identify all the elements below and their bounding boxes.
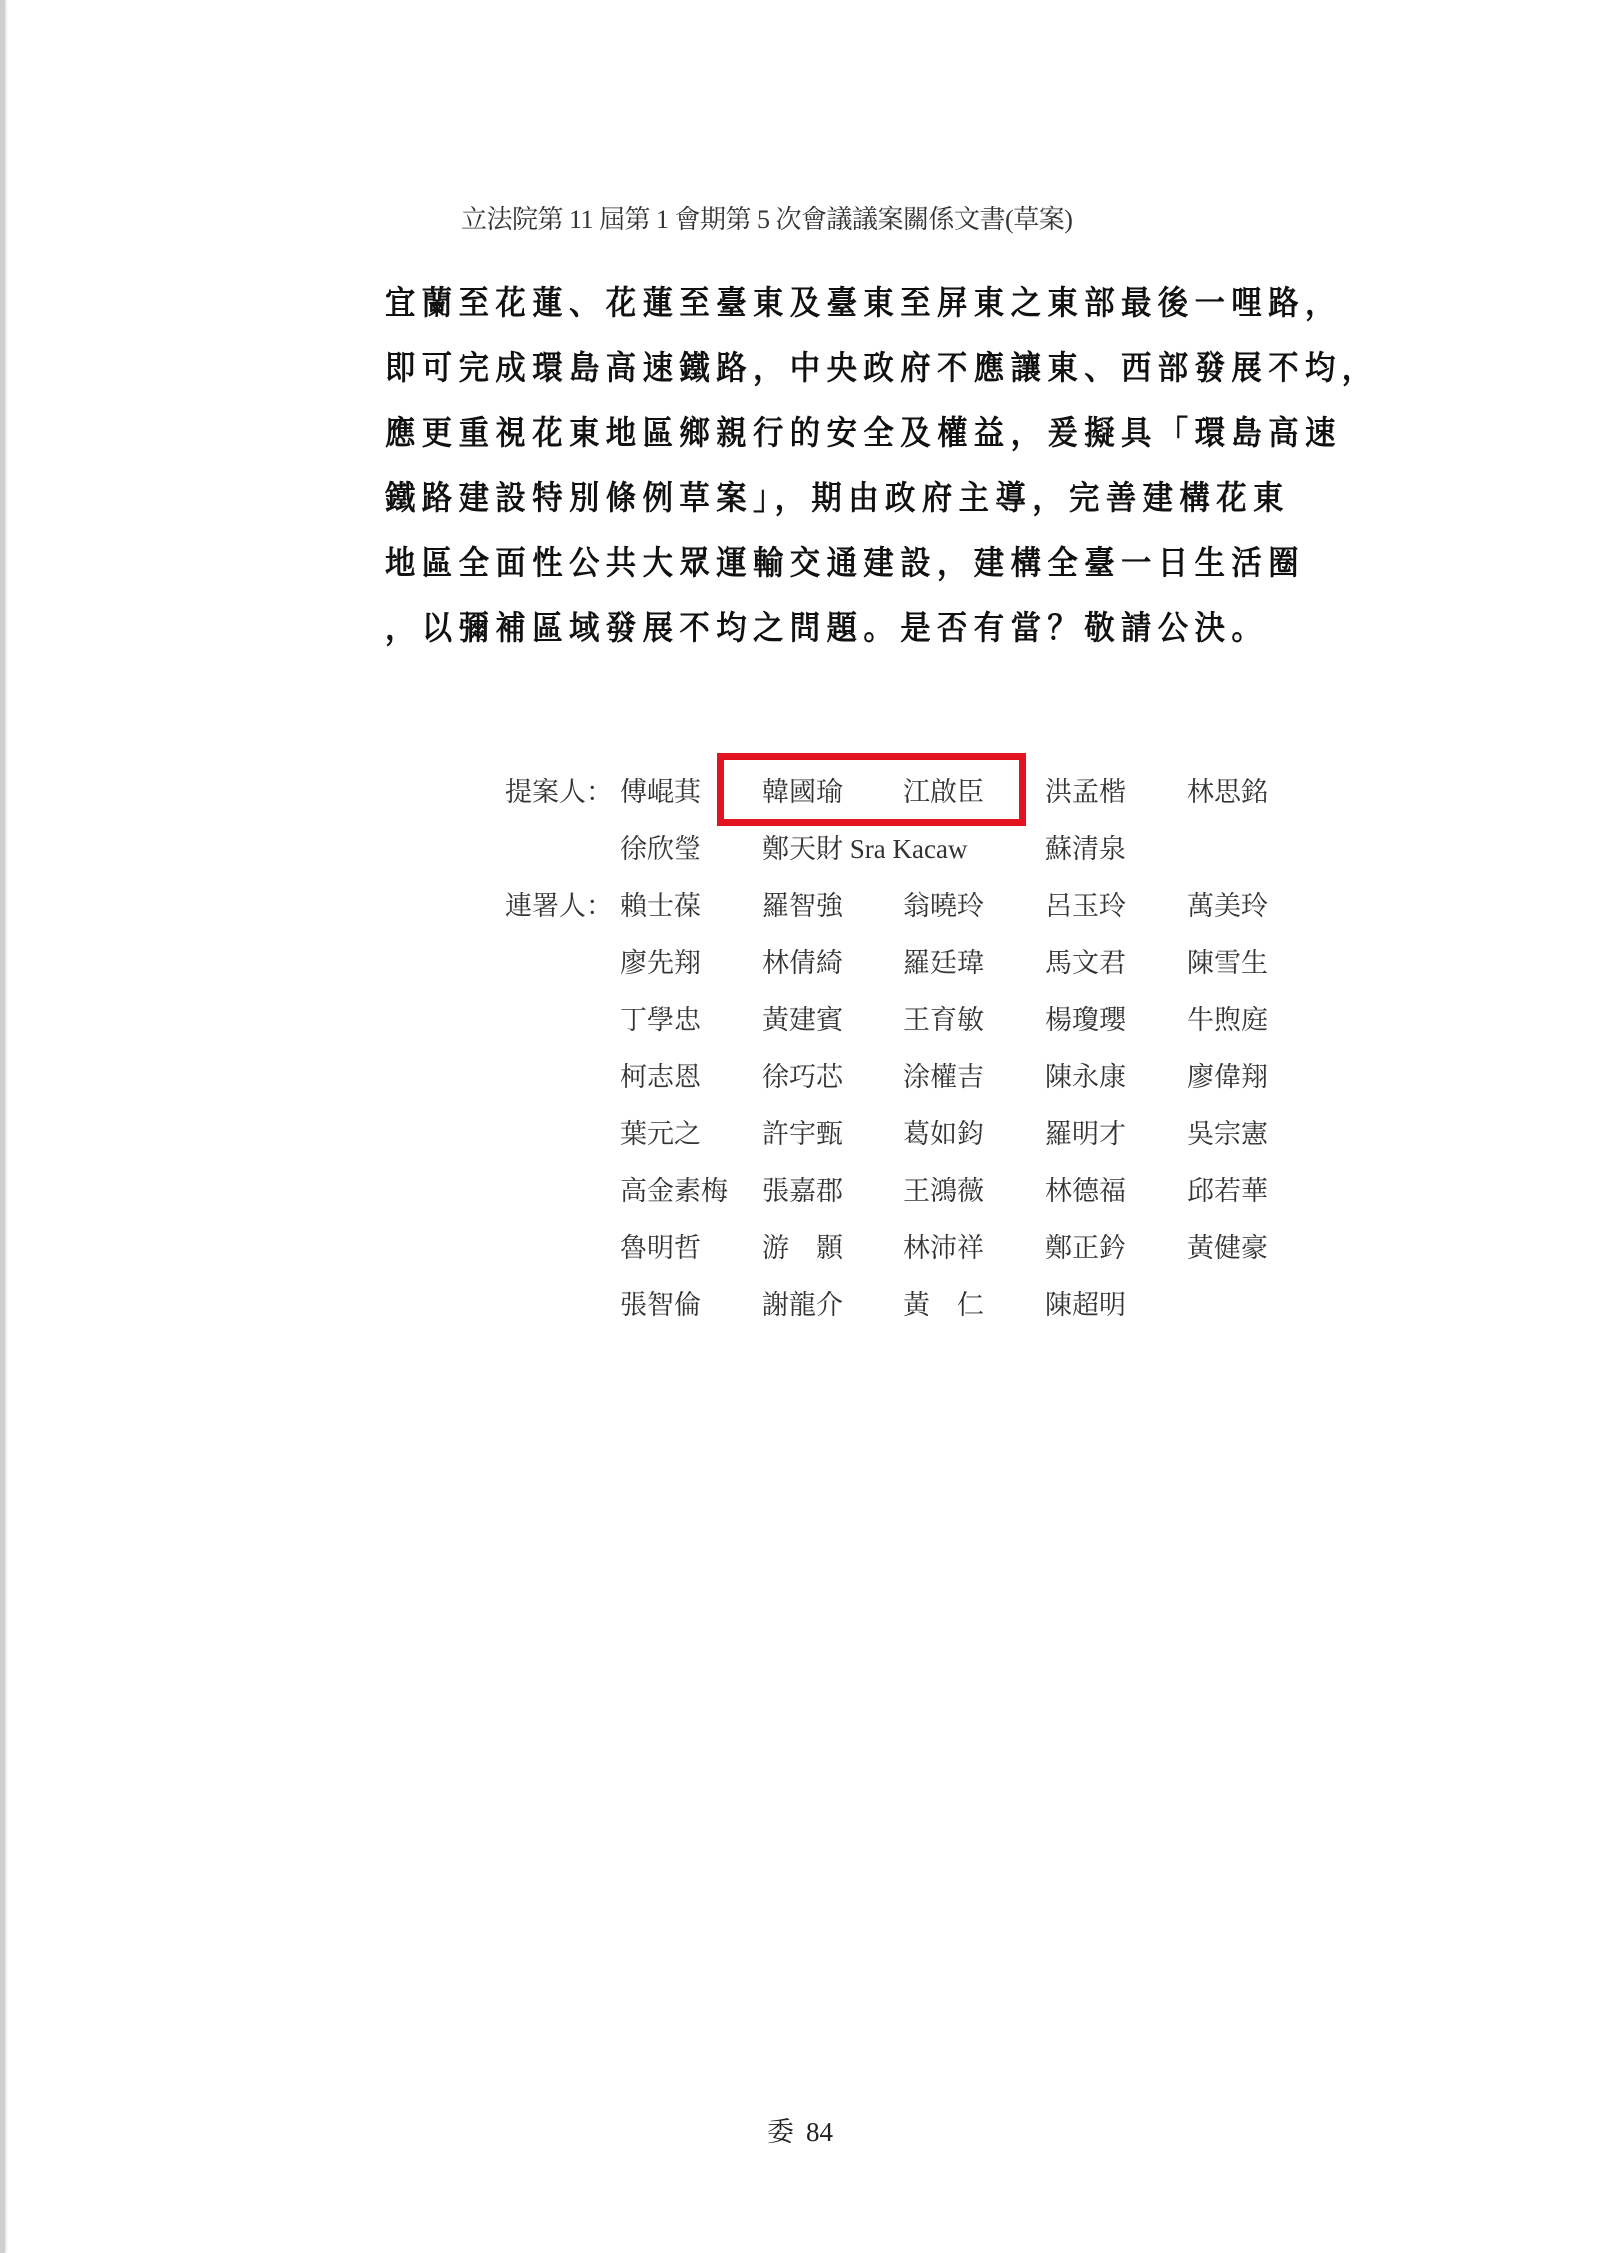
- cosigners-row: 高金素梅 張嘉郡 王鴻薇 林德福 邱若華: [505, 1163, 1265, 1220]
- signer-name: 林德福: [1045, 1163, 1126, 1220]
- proposers-row: 提案人： 傅崐萁 韓國瑜 江啟臣 洪孟楷 林思銘: [505, 764, 1265, 821]
- cosigners-row: 廖先翔 林倩綺 羅廷瑋 馬文君 陳雪生: [505, 935, 1265, 992]
- signer-name: 萬美玲: [1187, 878, 1268, 935]
- signer-name: 鄭正鈐: [1045, 1220, 1126, 1277]
- signer-name: 許宇甄: [762, 1106, 843, 1163]
- footer-prefix: 委: [767, 2117, 794, 2147]
- signer-name: 涂權吉: [903, 1049, 984, 1106]
- signer-name: 翁曉玲: [903, 878, 984, 935]
- cosigners-row: 連署人： 賴士葆 羅智強 翁曉玲 呂玉玲 萬美玲: [505, 878, 1265, 935]
- proposers-label: 提案人：: [505, 764, 620, 821]
- body-line: 即可完成環島高速鐵路，中央政府不應讓東、西部發展不均，: [385, 335, 1342, 400]
- signer-name: 馬文君: [1045, 935, 1126, 992]
- signer-name: 徐巧芯: [762, 1049, 843, 1106]
- signer-name: 林倩綺: [762, 935, 843, 992]
- signer-name: 陳雪生: [1187, 935, 1268, 992]
- signer-name: 黃 仁: [903, 1277, 984, 1334]
- body-line: 地區全面性公共大眾運輸交通建設，建構全臺一日生活圈: [385, 530, 1342, 595]
- page-footer: 委84: [0, 2114, 1600, 2150]
- cosigners-row: 葉元之 許宇甄 葛如鈞 羅明才 吳宗憲: [505, 1106, 1265, 1163]
- signer-name: 羅明才: [1045, 1106, 1126, 1163]
- signer-name: 徐欣瑩: [620, 821, 701, 878]
- signer-name: 羅智強: [762, 878, 843, 935]
- signer-name: 邱若華: [1187, 1163, 1268, 1220]
- body-line: 鐵路建設特別條例草案」，期由政府主導，完善建構花東: [385, 465, 1342, 530]
- signer-name: 林思銘: [1187, 764, 1268, 821]
- signer-name-highlighted: 江啟臣: [903, 764, 984, 821]
- signer-name: 吳宗憲: [1187, 1106, 1268, 1163]
- cosigners-row: 柯志恩 徐巧芯 涂權吉 陳永康 廖偉翔: [505, 1049, 1265, 1106]
- cosigners-label: 連署人：: [505, 878, 620, 935]
- signer-name: 廖先翔: [620, 935, 701, 992]
- cosigners-row: 魯明哲 游 顥 林沛祥 鄭正鈐 黃健豪: [505, 1220, 1265, 1277]
- viewer-left-edge: [0, 0, 5, 2253]
- cosigners-row: 丁學忠 黃建賓 王育敏 楊瓊瓔 牛煦庭: [505, 992, 1265, 1049]
- page-number: 84: [806, 2117, 833, 2147]
- signer-name: 廖偉翔: [1187, 1049, 1268, 1106]
- signer-name: 游 顥: [762, 1220, 843, 1277]
- signer-name: 張嘉郡: [762, 1163, 843, 1220]
- signer-name: 王育敏: [903, 992, 984, 1049]
- signer-name: 張智倫: [620, 1277, 701, 1334]
- body-line: 宜蘭至花蓮、花蓮至臺東及臺東至屏東之東部最後一哩路，: [385, 270, 1342, 335]
- signer-name: 楊瓊瓔: [1045, 992, 1126, 1049]
- signatories-list: 提案人： 傅崐萁 韓國瑜 江啟臣 洪孟楷 林思銘 徐欣瑩 鄭天財 Sra Kac…: [505, 764, 1265, 1334]
- signer-name: 丁學忠: [620, 992, 701, 1049]
- signer-name: 陳永康: [1045, 1049, 1126, 1106]
- signer-name: 王鴻薇: [903, 1163, 984, 1220]
- signer-name: 賴士葆: [620, 878, 701, 935]
- signer-name: 呂玉玲: [1045, 878, 1126, 935]
- signer-name-highlighted: 韓國瑜: [762, 764, 843, 821]
- signer-name: 高金素梅: [620, 1163, 728, 1220]
- proposers-row: 徐欣瑩 鄭天財 Sra Kacaw 蘇清泉: [505, 821, 1265, 878]
- cosigners-row: 張智倫 謝龍介 黃 仁 陳超明: [505, 1277, 1265, 1334]
- signer-name: 葛如鈞: [903, 1106, 984, 1163]
- signer-name: 陳超明: [1045, 1277, 1126, 1334]
- document-header: 立法院第 11 屆第 1 會期第 5 次會議議案關係文書(草案): [461, 203, 1151, 237]
- signer-name: 洪孟楷: [1045, 764, 1126, 821]
- body-line: 應更重視花東地區鄉親行的安全及權益，爰擬具「環島高速: [385, 400, 1342, 465]
- proposal-body: 宜蘭至花蓮、花蓮至臺東及臺東至屏東之東部最後一哩路， 即可完成環島高速鐵路，中央…: [385, 270, 1425, 660]
- signer-name: 林沛祥: [903, 1220, 984, 1277]
- signer-name: 謝龍介: [762, 1277, 843, 1334]
- signer-name: 柯志恩: [620, 1049, 701, 1106]
- signer-name: 羅廷瑋: [903, 935, 984, 992]
- signer-name: 黃健豪: [1187, 1220, 1268, 1277]
- signer-name: 魯明哲: [620, 1220, 701, 1277]
- signer-name: 傅崐萁: [620, 764, 701, 821]
- signer-name: 黃建賓: [762, 992, 843, 1049]
- signer-name: 蘇清泉: [1045, 821, 1126, 878]
- signer-name: 鄭天財 Sra Kacaw: [762, 821, 967, 878]
- signer-name: 牛煦庭: [1187, 992, 1268, 1049]
- signer-name: 葉元之: [620, 1106, 701, 1163]
- body-line: ，以彌補區域發展不均之問題。是否有當？敬請公決。: [385, 595, 1342, 660]
